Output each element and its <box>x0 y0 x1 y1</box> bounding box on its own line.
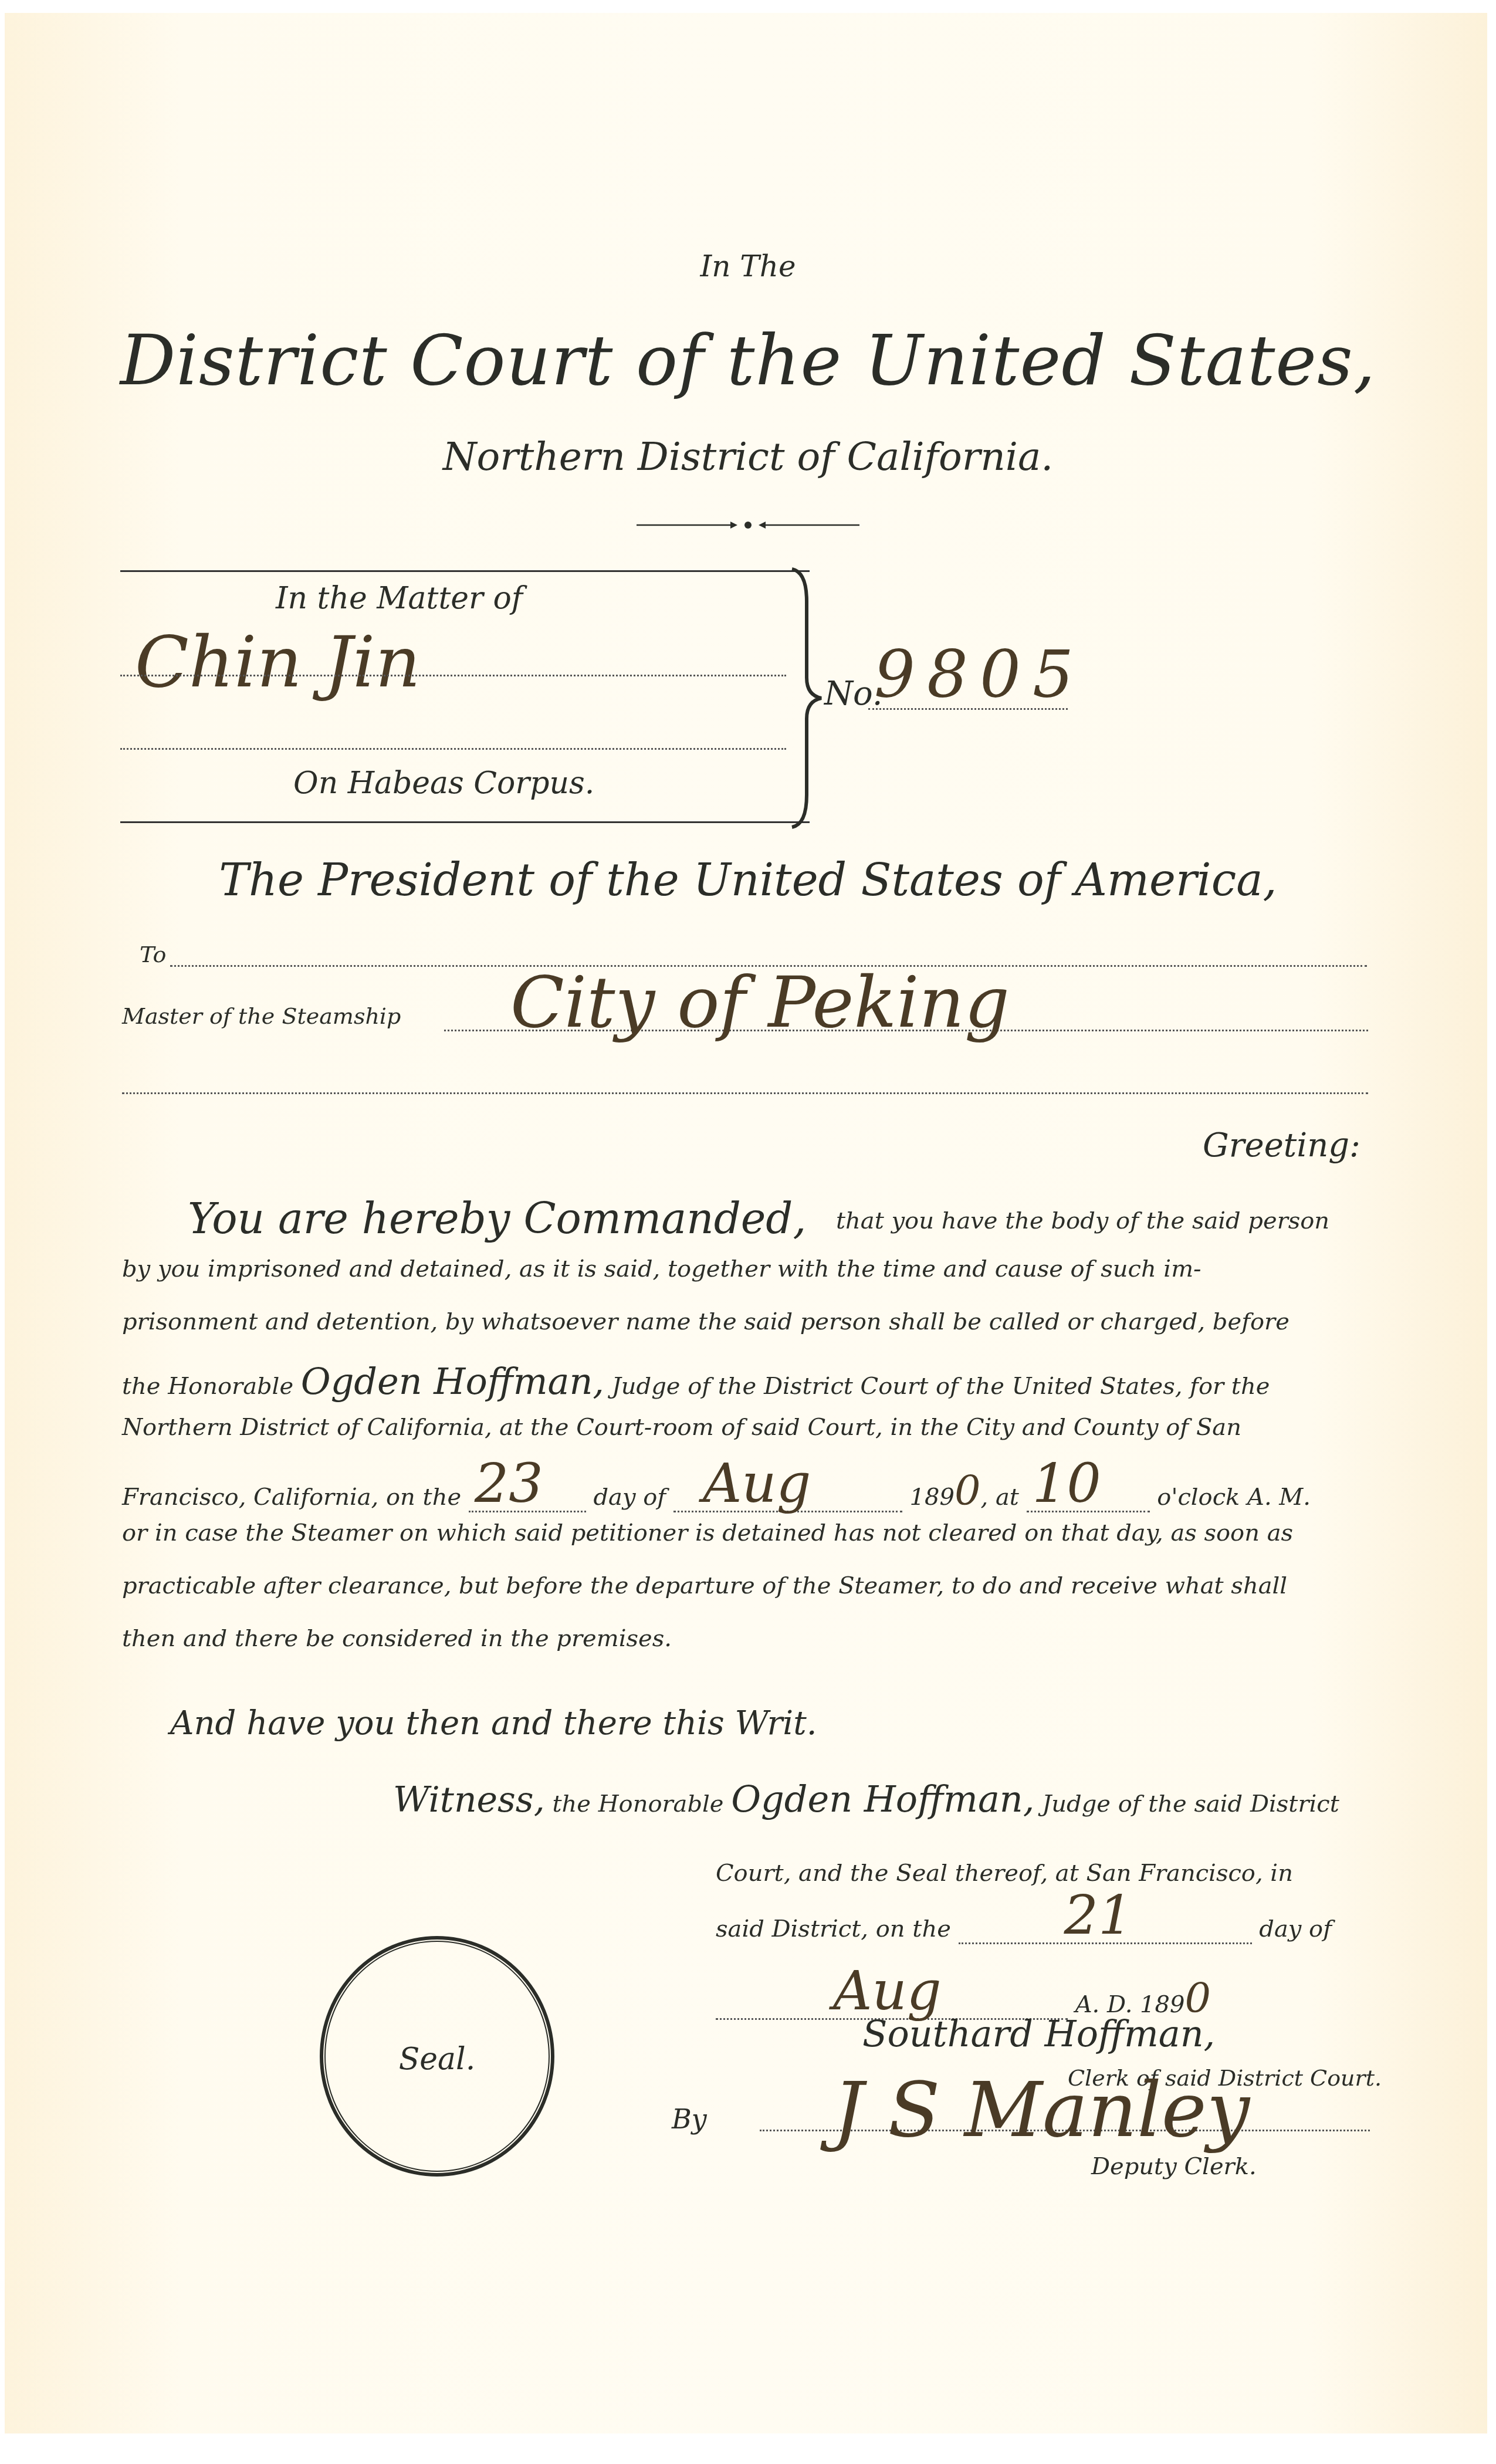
case-number-field[interactable]: 9805 <box>874 637 1085 712</box>
have-writ-line: And have you then and there this Writ. <box>170 1704 817 1742</box>
command-text: Francisco, California, on the <box>122 1484 461 1511</box>
command-text: day of <box>594 1484 666 1511</box>
return-year-digit[interactable]: 0 <box>955 1467 981 1515</box>
steamship-name-field[interactable]: City of Peking <box>510 962 1010 1044</box>
president-heading: The President of the United States of Am… <box>0 854 1496 906</box>
by-label: By <box>672 2103 707 2135</box>
command-line: the Honorable Ogden Hoffman, Judge of th… <box>122 1360 1368 1403</box>
command-text: Judge of the District Court of the Unite… <box>612 1373 1270 1400</box>
return-month-value: Aug <box>703 1457 811 1511</box>
ornamental-divider-icon <box>637 519 859 531</box>
judge-name: Ogden Hoffman, <box>301 1360 604 1403</box>
witness-text: day of <box>1259 1915 1332 1942</box>
return-hour-field[interactable]: 10 <box>1027 1484 1150 1512</box>
party-name-line-2 <box>120 748 786 750</box>
command-line: Northern District of California, at the … <box>122 1414 1368 1441</box>
party-name-line <box>120 675 786 676</box>
return-month-field[interactable]: Aug <box>673 1484 902 1512</box>
command-lead: You are hereby Commanded, <box>188 1194 806 1243</box>
master-of-steamship-label: Master of the Steamship <box>122 1003 401 1029</box>
district-subtitle: Northern District of California. <box>0 434 1496 479</box>
clerk-name: Southard Hoffman, <box>862 2012 1215 2055</box>
deputy-clerk-title: Deputy Clerk. <box>1091 2153 1257 2180</box>
witness-text: Judge of the said District <box>1042 1791 1339 1817</box>
command-line: or in case the Steamer on which said pet… <box>122 1519 1368 1546</box>
deputy-signature-field[interactable]: J S Manley <box>833 2065 1250 2154</box>
witness-lead: Witness, <box>393 1779 545 1820</box>
witness-line-date: said District, on the 21 day of <box>716 1915 1332 1944</box>
witness-judge-name: Ogden Hoffman, <box>731 1778 1034 1820</box>
command-line: prisonment and detention, by whatsoever … <box>122 1308 1368 1335</box>
witness-text: said District, on the <box>716 1915 951 1942</box>
greeting-label: Greeting: <box>1203 1126 1360 1165</box>
return-day-field[interactable]: 23 <box>469 1484 586 1512</box>
return-hour-value: 10 <box>1033 1457 1101 1511</box>
habeas-corpus-label: On Habeas Corpus. <box>293 766 594 801</box>
command-line: then and there be considered in the prem… <box>122 1625 1368 1652</box>
witness-line: Witness, the Honorable Ogden Hoffman, Ju… <box>393 1778 1339 1820</box>
party-name-field[interactable]: Chin Jin <box>135 622 421 703</box>
command-text: , at <box>981 1484 1019 1511</box>
issue-month-value: Aug <box>833 1964 942 2018</box>
command-text: 189 <box>910 1484 955 1511</box>
court-title: District Court of the United States, <box>0 320 1496 401</box>
witness-text: the Honorable <box>552 1791 723 1817</box>
issue-day-value: 21 <box>1064 1888 1133 1942</box>
matter-label: In the Matter of <box>276 581 523 616</box>
return-day-value: 23 <box>475 1457 543 1511</box>
seal-label: Seal. <box>320 2042 554 2077</box>
issue-day-field[interactable]: 21 <box>959 1915 1252 1944</box>
command-line: practicable after clearance, but before … <box>122 1572 1368 1599</box>
witness-line: Court, and the Seal thereof, at San Fran… <box>716 1860 1293 1887</box>
to-label: To <box>140 942 166 967</box>
command-line: by you imprisoned and detained, as it is… <box>122 1255 1368 1282</box>
addressee-blank-line <box>122 1092 1368 1094</box>
command-text: the Honorable <box>122 1373 293 1400</box>
command-line: that you have the body of the said perso… <box>836 1207 1329 1234</box>
command-text: o'clock A. M. <box>1157 1484 1311 1511</box>
in-the-heading: In The <box>0 249 1496 283</box>
case-box-top-rule <box>120 570 810 572</box>
command-line-date: Francisco, California, on the 23 day of … <box>122 1467 1368 1515</box>
case-box-bottom-rule <box>120 821 810 823</box>
